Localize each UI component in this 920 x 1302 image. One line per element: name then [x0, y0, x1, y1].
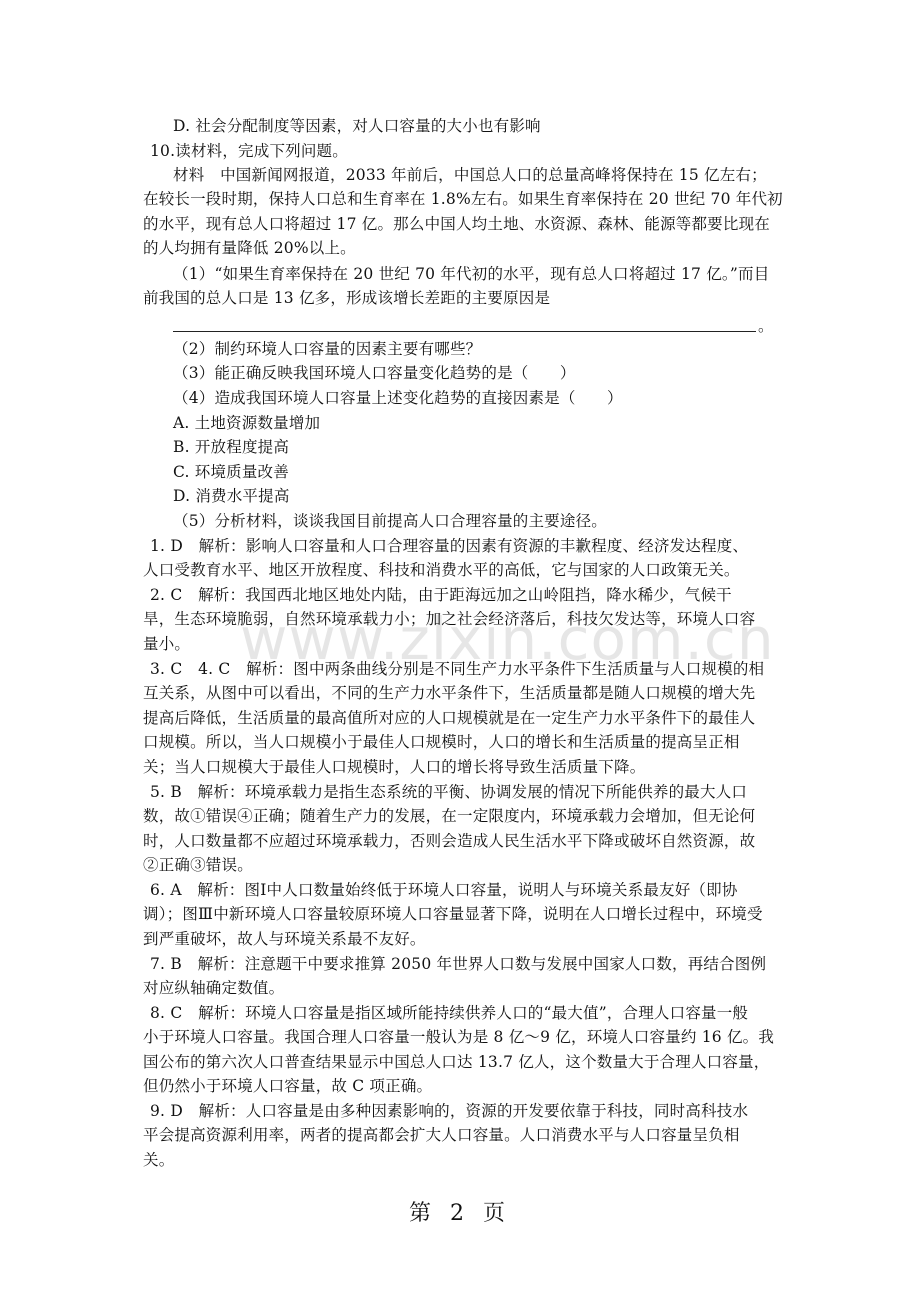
question-10-title: 10.读材料，完成下列问题。	[150, 139, 790, 163]
answer-9: 关。	[143, 1148, 783, 1172]
option-a: A. 土地资源数量增加	[173, 411, 813, 435]
sub-question-3: （3）能正确反映我国环境人口容量变化趋势的是（ ）	[173, 361, 813, 385]
answer-1: 1. D 解析：影响人口容量和人口合理容量的因素有资源的丰歉程度、经济发达程度、	[150, 534, 790, 558]
option-d: D. 消费水平提高	[173, 484, 813, 508]
material-line: 的水平，现有总人口将超过 17 亿。那么中国人均土地、水资源、森林、能源等都要比…	[143, 212, 783, 236]
answer-5: 时，人口数量都不应超过环境承载力，否则会造成人民生活水平下降或破坏自然资源，故	[143, 829, 783, 853]
answer-5: 5. B 解析：环境承载力是指生态系统的平衡、协调发展的情况下所能供养的最大人口	[150, 780, 790, 804]
answer-8: 8. C 解析：环境人口容量是指区域所能持续供养人口的“最大值”，合理人口容量一…	[150, 1001, 790, 1025]
sub-question-4: （4）造成我国环境人口容量上述变化趋势的直接因素是（ ）	[173, 386, 813, 410]
answer-7: 7. B 解析：注意题干中要求推算 2050 年世界人口数与发展中国家人口数，再…	[150, 952, 790, 976]
answer-blank-line	[173, 331, 756, 332]
page-number: 第 2 页	[0, 1196, 920, 1227]
answer-6: 6. A 解析：图Ⅰ中人口数量始终低于环境人口容量，说明人与环境关系最友好（即协	[150, 878, 790, 902]
answer-3-4: 关；当人口规模大于最佳人口规模时，人口的增长将导致生活质量下降。	[143, 755, 783, 779]
answer-3-4: 互关系，从图中可以看出，不同的生产力水平条件下，生活质量都是随人口规模的增大先	[143, 681, 783, 705]
option-c: C. 环境质量改善	[173, 460, 813, 484]
document-page: www.zlxin.com.cn D. 社会分配制度等因素，对人口容量的大小也有…	[0, 0, 920, 1302]
answer-9: 9. D 解析：人口容量是由多种因素影响的，资源的开发要依靠于科技，同时高科技水	[150, 1099, 790, 1123]
answer-8: 但仍然小于环境人口容量，故 C 项正确。	[143, 1074, 783, 1098]
answer-8: 国公布的第六次人口普查结果显示中国总人口达 13.7 亿人，这个数量大于合理人口…	[143, 1050, 783, 1074]
material-line: 在较长一段时期，保持人口总和生育率在 1.8%左右。如果生育率保持在 20 世纪…	[143, 187, 783, 211]
answer-5: ②正确③错误。	[143, 853, 783, 877]
answer-6: 到严重破坏，故人与环境关系最不友好。	[143, 927, 783, 951]
answer-7: 对应纵轴确定数值。	[143, 976, 783, 1000]
answer-6: 调）；图Ⅲ中新环境人口容量较原环境人口容量显著下降，说明在人口增长过程中，环境受	[143, 902, 783, 926]
answer-1: 人口受教育水平、地区开放程度、科技和消费水平的高低，它与国家的人口政策无关。	[143, 558, 783, 582]
answer-9: 平会提高资源利用率，两者的提高都会扩大人口容量。人口消费水平与人口容量呈负相	[143, 1123, 783, 1147]
sub-question-1: 前我国的总人口是 13 亿多，形成该增长差距的主要原因是	[143, 286, 783, 310]
answer-3-4: 提高后降低，生活质量的最高值所对应的人口规模就是在一定生产力水平条件下的最佳人	[143, 706, 783, 730]
answer-3-4: 3. C 4. C 解析：图中两条曲线分别是不同生产力水平条件下生活质量与人口规…	[150, 657, 790, 681]
answer-2: 2. C 解析：我国西北地区地处内陆，由于距海远加之山岭阻挡，降水稀少，气候干	[150, 583, 790, 607]
previous-option-d: D. 社会分配制度等因素，对人口容量的大小也有影响	[173, 114, 813, 138]
answer-3-4: 口规模。所以，当人口规模小于最佳人口规模时，人口的增长和生活质量的提高呈正相	[143, 730, 783, 754]
material-line: 的人均拥有量降低 20%以上。	[143, 236, 783, 260]
answer-2: 量小。	[143, 632, 783, 656]
option-b: B. 开放程度提高	[173, 435, 813, 459]
sub-question-2: （2）制约环境人口容量的因素主要有哪些？	[173, 337, 813, 361]
answer-2: 旱，生态环境脆弱，自然环境承载力小；加之社会经济落后，科技欠发达等，环境人口容	[143, 607, 783, 631]
answer-5: 数，故①错误④正确；随着生产力的发展，在一定限度内，环境承载力会增加，但无论何	[143, 804, 783, 828]
blank-period: 。	[758, 314, 774, 336]
sub-question-1: （1）“如果生育率保持在 20 世纪 70 年代初的水平，现有总人口将超过 17…	[173, 262, 813, 286]
answer-8: 小于环境人口容量。我国合理人口容量一般认为是 8 亿～9 亿，环境人口容量约 1…	[143, 1025, 783, 1049]
material-line: 材料 中国新闻网报道，2033 年前后，中国总人口的总量高峰将保持在 15 亿左…	[173, 163, 813, 187]
sub-question-5: （5）分析材料，谈谈我国目前提高人口合理容量的主要途径。	[173, 509, 813, 533]
